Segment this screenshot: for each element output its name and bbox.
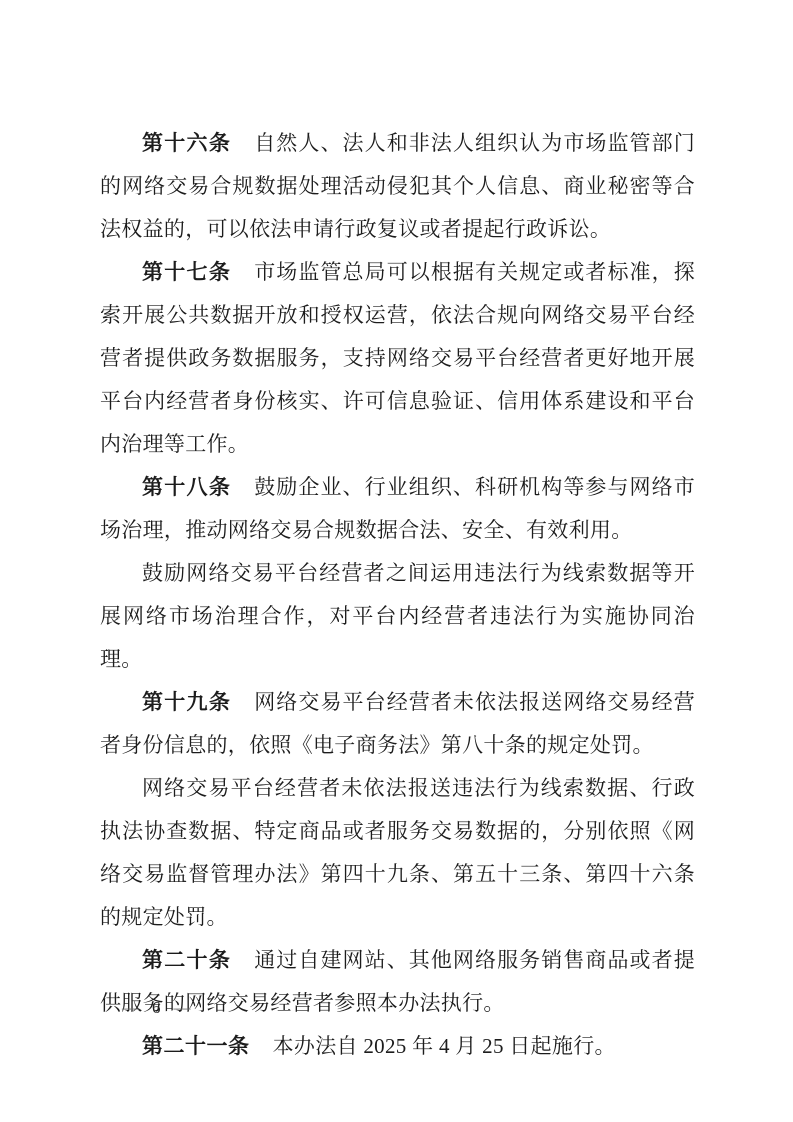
paragraph-article-19-cont: 网络交易平台经营者未依法报送违法行为线索数据、行政执法协查数据、特定商品或者服务… [100,767,695,939]
paragraph-article-18-cont: 鼓励网络交易平台经营者之间运用违法行为线索数据等开展网络市场治理合作，对平台内经… [100,552,695,681]
article-number: 第十九条 [142,691,231,714]
paragraph-article-19: 第十九条网络交易平台经营者未依法报送网络交易经营者身份信息的，依照《电子商务法》… [100,681,695,767]
article-number: 第二十一条 [142,1035,250,1058]
paragraph-article-17: 第十七条市场监管总局可以根据有关规定或者标准，探索开展公共数据开放和授权运营，依… [100,251,695,466]
article-text: 市场监管总局可以根据有关规定或者标准，探索开展公共数据开放和授权运营，依法合规向… [100,260,695,456]
paragraph-article-21: 第二十一条本办法自 2025 年 4 月 25 日起施行。 [100,1025,695,1068]
article-number: 第十六条 [142,132,231,155]
article-number: 第十七条 [142,261,231,284]
paragraph-article-16: 第十六条自然人、法人和非法人组织认为市场监管部门的网络交易合规数据处理活动侵犯其… [100,122,695,251]
document-body: 第十六条自然人、法人和非法人组织认为市场监管部门的网络交易合规数据处理活动侵犯其… [100,122,695,1068]
page-number: 6 [152,998,161,1017]
document-page: 第十六条自然人、法人和非法人组织认为市场监管部门的网络交易合规数据处理活动侵犯其… [0,0,793,1122]
article-number: 第二十条 [142,949,231,972]
article-text: 本办法自 2025 年 4 月 25 日起施行。 [273,1034,616,1058]
page-footer: —6— [122,996,191,1020]
article-text: 鼓励网络交易平台经营者之间运用违法行为线索数据等开展网络市场治理合作，对平台内经… [100,561,695,671]
paragraph-article-18: 第十八条鼓励企业、行业组织、科研机构等参与网络市场治理，推动网络交易合规数据合法… [100,466,695,552]
footer-dash-left: — [122,998,139,1017]
article-number: 第十八条 [142,476,231,499]
footer-dash-right: — [174,998,191,1017]
article-text: 网络交易平台经营者未依法报送违法行为线索数据、行政执法协查数据、特定商品或者服务… [100,776,695,929]
